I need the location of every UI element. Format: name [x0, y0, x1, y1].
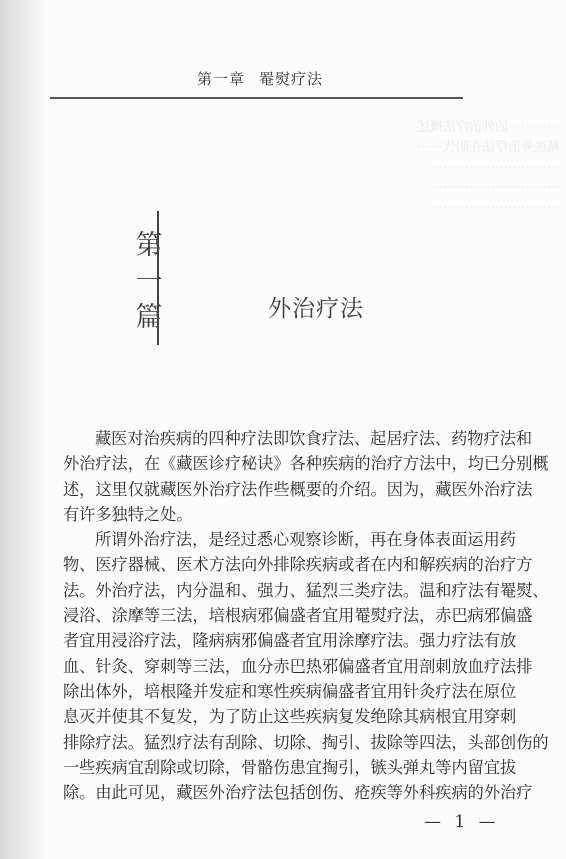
body-line: 所谓外治疗法，是经过悉心观察诊断，再在身体表面运用药 — [63, 527, 505, 552]
body-line: 物、医疗器械、医术方法向外排除疾病或者在内和解疾病的治疗方 — [63, 552, 505, 577]
body-line: 浸浴、涂摩等三法，培根病邪偏盛者宜用罨熨疗法，赤巴病邪偏盛 — [63, 603, 505, 628]
bleed-line: ⋯⋯⋯⋯⋯⋯⋯⋯⋯⋯ — [270, 158, 560, 178]
body-line: 息灭并使其不复发，为了防止这些疾病复发绝除其病根宜用穿刺 — [63, 704, 505, 729]
header-rule — [50, 97, 463, 99]
body-line: 法。外治疗法，内分温和、强力、猛烈三类疗法。温和疗法有罨熨、 — [63, 578, 505, 603]
body-line: 有许多独特之处。 — [63, 502, 505, 527]
bleed-line: ⋯⋯⋯⋯⋯⋯⋯⋯⋯⋯ — [270, 178, 560, 198]
part-label-char: 篇 — [134, 300, 164, 336]
body-line: 一些疾病宜刮除或切除，骨骼伤患宜掏引，镞头弹丸等内留宜拔 — [63, 755, 505, 780]
body-line: 者宜用浸浴疗法，隆病病邪偏盛者宜用涂摩疗法。强力疗法有放 — [63, 628, 505, 653]
body-line: 藏医对治疾病的四种疗法即饮食疗法、起居疗法、药物疗法和 — [63, 426, 505, 451]
body-line: 述，这里仅就藏医外治疗法作些概要的介绍。因为，藏医外治疗法 — [63, 477, 505, 502]
part-title: 外治疗法 — [268, 290, 364, 323]
header-title: 罨熨疗法 — [259, 70, 323, 88]
page-number: — 1 — — [424, 812, 500, 832]
part-label-char: 一 — [134, 264, 164, 300]
part-label-vertical: 第 一 篇 — [134, 228, 164, 336]
body-line: 排除疗法。猛烈疗法有刮除、切除、掏引、拔除等四法，头部创伤的 — [63, 730, 505, 755]
bleed-through-text: ⋯⋯⋯⋯的外治疗法概述 藏医外治疗法在明代⋯⋯ ⋯⋯⋯⋯⋯⋯⋯⋯⋯⋯ ⋯⋯⋯⋯⋯… — [270, 118, 560, 218]
body-line: 除。由此可见，藏医外治疗法包括创伤、疮疾等外科疾病的外治疗 — [63, 780, 505, 805]
bleed-line: 藏医外治疗法在明代⋯⋯ — [270, 138, 560, 158]
part-label-char: 第 — [134, 228, 164, 264]
body-text: 藏医对治疾病的四种疗法即饮食疗法、起居疗法、药物疗法和 外治疗法，在《藏医诊疗秘… — [63, 426, 505, 805]
bleed-line: ⋯⋯⋯⋯的外治疗法概述 — [270, 118, 560, 138]
running-header: 第一章罨熨疗法 — [0, 68, 520, 89]
body-line: 外治疗法，在《藏医诊疗秘诀》各种疾病的治疗方法中，均已分别概 — [63, 451, 505, 476]
book-binding-shadow — [0, 0, 48, 859]
bleed-line: ⋯⋯⋯⋯⋯⋯⋯⋯⋯⋯ — [270, 198, 560, 218]
body-line: 血、针灸、穿刺等三法，血分赤巴热邪偏盛者宜用剖刺放血疗法排 — [63, 654, 505, 679]
part-divider-line — [157, 211, 159, 345]
header-chapter: 第一章 — [197, 70, 245, 88]
body-line: 除出体外，培根隆并发症和寒性疾病偏盛者宜用针灸疗法在原位 — [63, 679, 505, 704]
